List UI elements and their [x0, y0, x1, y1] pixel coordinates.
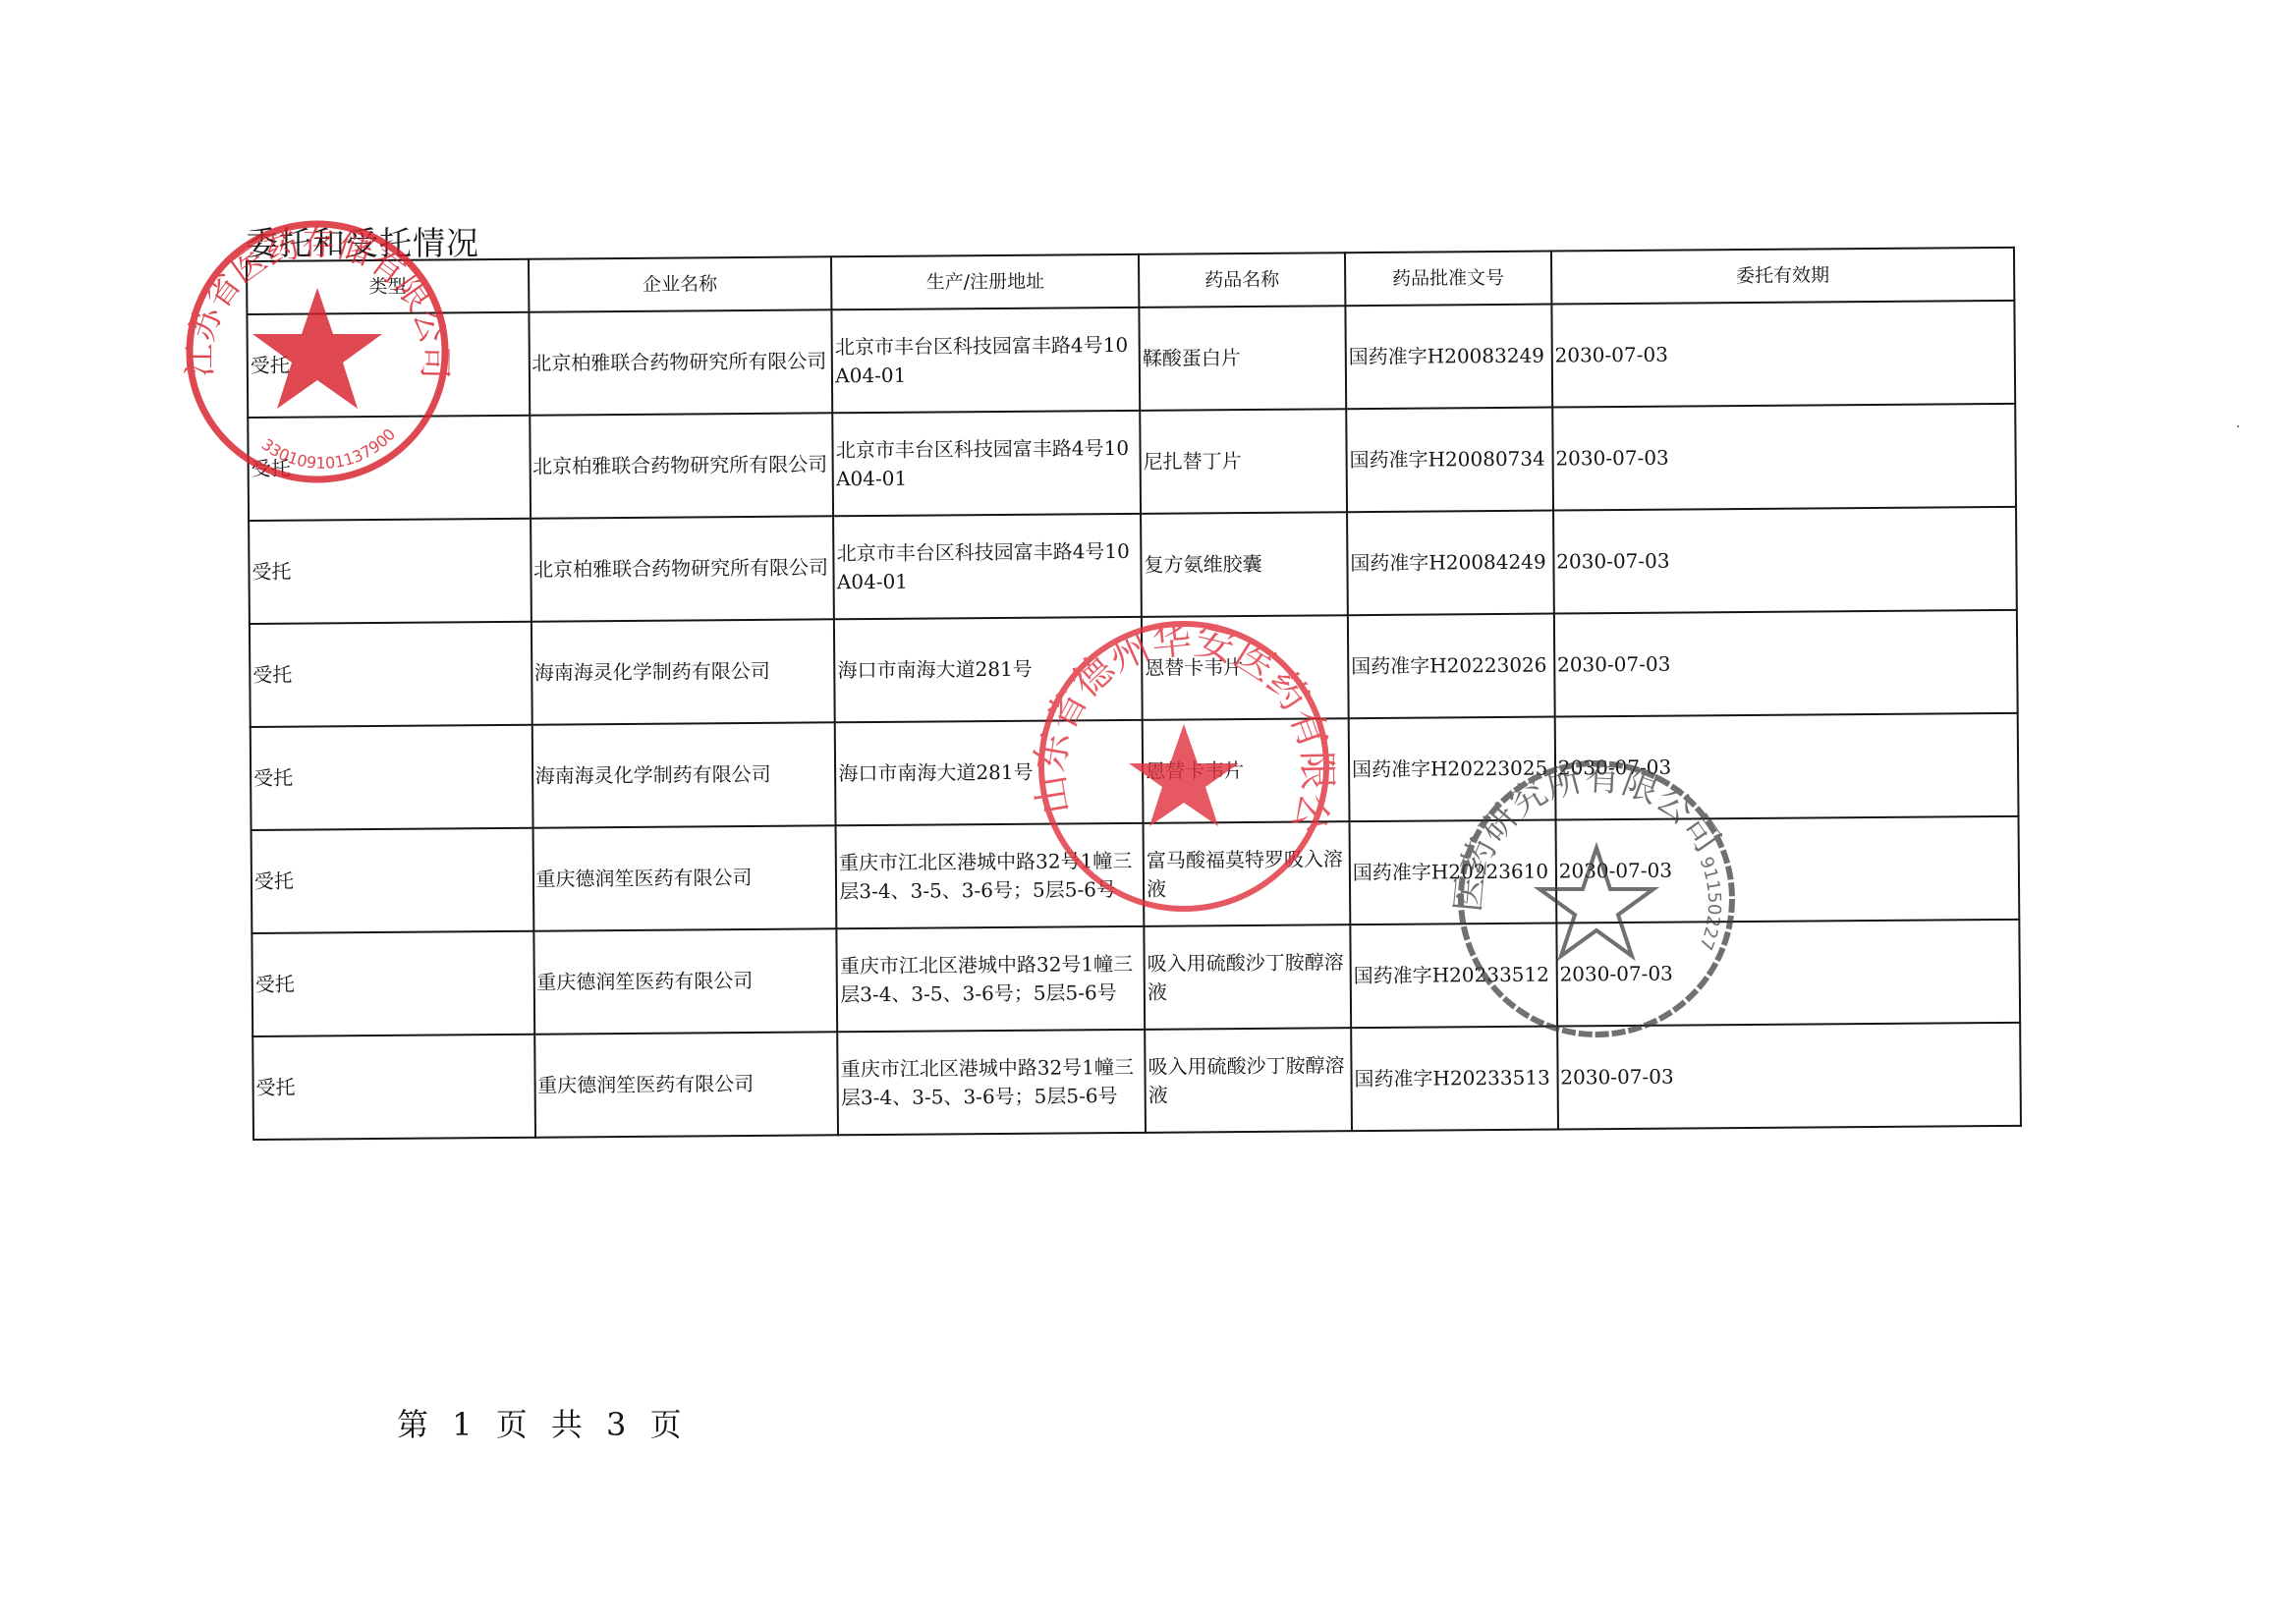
cell-type: 受托 [250, 622, 532, 727]
cell-drug: 鞣酸蛋白片 [1139, 306, 1346, 411]
section-title: 委托和受托情况 [246, 226, 479, 261]
cell-drug: 吸入用硫酸沙丁胺醇溶液 [1145, 1028, 1352, 1133]
cell-company: 北京柏雅联合药物研究所有限公司 [531, 516, 835, 621]
cell-drug: 吸入用硫酸沙丁胺醇溶液 [1144, 924, 1351, 1030]
cell-valid-until: 2030-07-03 [1554, 610, 2018, 717]
cell-valid-until: 2030-07-03 [1555, 816, 2019, 924]
cell-approval-no: 国药准字H20223610 [1349, 820, 1556, 925]
table-row: 受托海南海灵化学制药有限公司海口市南海大道281号恩替卡韦片国药准字H20223… [250, 610, 2018, 727]
cell-approval-no: 国药准字H20223025 [1349, 717, 1556, 822]
cell-address: 海口市南海大道281号 [834, 617, 1143, 722]
table-row: 受托重庆德润笙医药有限公司重庆市江北区港城中路32号1幢三层3-4、3-5、3-… [252, 920, 2020, 1036]
cell-approval-no: 国药准字H20080734 [1346, 408, 1553, 513]
cell-type: 受托 [247, 312, 529, 418]
header-address: 生产/注册地址 [831, 254, 1139, 309]
document-page: 委托和受托情况 类型 企业名称 生产/注册地址 药品名称 药品批准文号 委托有效… [0, 0, 2295, 1624]
cell-approval-no: 国药准字H20233512 [1350, 924, 1557, 1029]
cell-company: 重庆德润笙医药有限公司 [532, 825, 837, 930]
cell-company: 北京柏雅联合药物研究所有限公司 [529, 309, 833, 415]
cell-type: 受托 [251, 725, 532, 830]
cell-drug: 复方氨维胶囊 [1141, 512, 1348, 617]
cell-type: 受托 [252, 828, 533, 933]
cell-company: 海南海灵化学制药有限公司 [532, 722, 836, 827]
cell-valid-until: 2030-07-03 [1551, 301, 2015, 408]
cell-drug: 尼扎替丁片 [1140, 409, 1347, 514]
table-row: 受托北京柏雅联合药物研究所有限公司北京市丰台区科技园富丰路4号10A04-01鞣… [247, 301, 2015, 418]
cell-approval-no: 国药准字H20233513 [1351, 1027, 1558, 1132]
table-row: 受托重庆德润笙医药有限公司重庆市江北区港城中路32号1幢三层3-4、3-5、3-… [252, 816, 2020, 933]
cell-type: 受托 [249, 519, 531, 624]
page-number: 第 1 页 共 3 页 [397, 1400, 684, 1445]
cell-valid-until: 2030-07-03 [1553, 507, 2017, 614]
cell-type: 受托 [248, 416, 530, 521]
scan-speck [2237, 425, 2239, 427]
cell-company: 北京柏雅联合药物研究所有限公司 [530, 413, 834, 518]
cell-address: 北京市丰台区科技园富丰路4号10A04-01 [833, 514, 1142, 619]
cell-address: 重庆市江北区港城中路32号1幢三层3-4、3-5、3-6号；5层5-6号 [837, 1030, 1146, 1135]
header-valid-until: 委托有效期 [1551, 248, 2015, 305]
cell-drug: 富马酸福莫特罗吸入溶液 [1144, 821, 1351, 926]
table-row: 受托北京柏雅联合药物研究所有限公司北京市丰台区科技园富丰路4号10A04-01尼… [248, 404, 2016, 521]
header-drug: 药品名称 [1139, 252, 1345, 308]
header-company: 企业名称 [529, 256, 832, 311]
cell-address: 海口市南海大道281号 [835, 720, 1144, 825]
cell-address: 重庆市江北区港城中路32号1幢三层3-4、3-5、3-6号；5层5-6号 [837, 926, 1146, 1032]
cell-approval-no: 国药准字H20083249 [1345, 305, 1552, 410]
cell-valid-until: 2030-07-03 [1557, 1023, 2021, 1130]
cell-valid-until: 2030-07-03 [1556, 920, 2020, 1027]
cell-approval-no: 国药准字H20223026 [1348, 614, 1555, 719]
table-row: 受托北京柏雅联合药物研究所有限公司北京市丰台区科技园富丰路4号10A04-01复… [249, 507, 2017, 624]
cell-company: 重庆德润笙医药有限公司 [534, 1032, 839, 1137]
cell-company: 重庆德润笙医药有限公司 [533, 928, 838, 1034]
cell-address: 北京市丰台区科技园富丰路4号10A04-01 [832, 308, 1141, 413]
cell-valid-until: 2030-07-03 [1554, 713, 2018, 820]
cell-type: 受托 [252, 931, 533, 1036]
cell-address: 北京市丰台区科技园富丰路4号10A04-01 [833, 411, 1142, 516]
cell-drug: 恩替卡韦片 [1142, 615, 1349, 720]
table-row: 受托海南海灵化学制药有限公司海口市南海大道281号恩替卡韦片国药准字H20223… [251, 713, 2019, 830]
cell-approval-no: 国药准字H20084249 [1347, 511, 1554, 616]
cell-valid-until: 2030-07-03 [1552, 404, 2016, 511]
table-row: 受托重庆德润笙医药有限公司重庆市江北区港城中路32号1幢三层3-4、3-5、3-… [252, 1023, 2021, 1140]
cell-drug: 恩替卡韦片 [1143, 718, 1350, 823]
cell-address: 重庆市江北区港城中路32号1幢三层3-4、3-5、3-6号；5层5-6号 [836, 823, 1145, 928]
header-type: 类型 [247, 259, 529, 314]
cell-company: 海南海灵化学制药有限公司 [531, 619, 835, 724]
entrustment-table: 类型 企业名称 生产/注册地址 药品名称 药品批准文号 委托有效期 受托北京柏雅… [246, 247, 2022, 1141]
cell-type: 受托 [252, 1035, 534, 1140]
header-approval-no: 药品批准文号 [1345, 252, 1551, 307]
